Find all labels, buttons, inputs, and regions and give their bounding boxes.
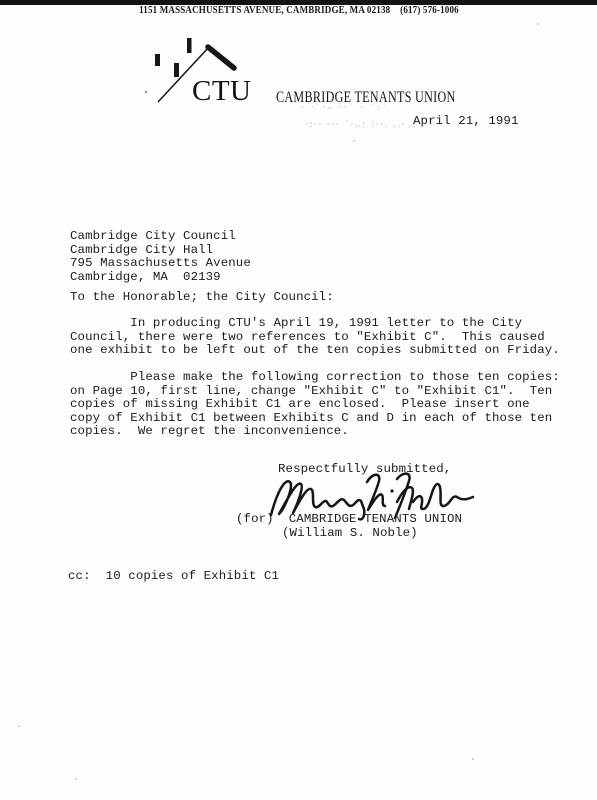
body-paragraph-2: Please make the following correction to … [70, 371, 560, 439]
cc-line: cc: 10 copies of Exhibit C1 [68, 570, 279, 584]
footer-text: 1151 MASSACHUSETTS AVENUE, CAMBRIDGE, MA… [139, 4, 459, 16]
footer-address: 1151 MASSACHUSETTS AVENUE, CAMBRIDGE, MA… [139, 4, 390, 16]
scan-edge-bar [0, 0, 597, 5]
footer-phone: (617) 576-1006 [400, 4, 459, 16]
roof-right-line-icon [208, 47, 234, 68]
logo-tick-icon [187, 38, 192, 53]
scan-speck [537, 23, 539, 25]
letter-date: April 21, 1991 [413, 115, 519, 129]
recipient-address: Cambridge City Council Cambridge City Ha… [70, 230, 251, 284]
body-paragraph-1: In producing CTU's April 19, 1991 letter… [70, 317, 560, 358]
stamp-ghost-line2: ·:·· ··· ˙·‥: :··. ..· [305, 120, 406, 130]
scan-speck [472, 758, 474, 760]
ctu-logo: CTU [138, 34, 266, 114]
logo-tick-icon [155, 54, 160, 66]
closing-name-line: (William S. Noble) [282, 527, 418, 541]
scan-speck [353, 140, 355, 142]
stamp-ghost-line1: · ·˙·– ··˙ · ˙:˙ [301, 103, 389, 112]
logo-tick-icon [174, 63, 179, 77]
scan-speck [75, 778, 77, 780]
logo-speck [145, 91, 147, 93]
logo-text: CTU [192, 75, 252, 107]
closing-for-line: (for) CAMBRIDGE TENANTS UNION [236, 513, 462, 527]
salutation: To the Honorable; the City Council: [70, 291, 334, 305]
scan-speck [18, 725, 20, 727]
scanned-letter-page: CTU CAMBRIDGE TENANTS UNION · ·˙·– ··˙ ·… [0, 0, 597, 800]
